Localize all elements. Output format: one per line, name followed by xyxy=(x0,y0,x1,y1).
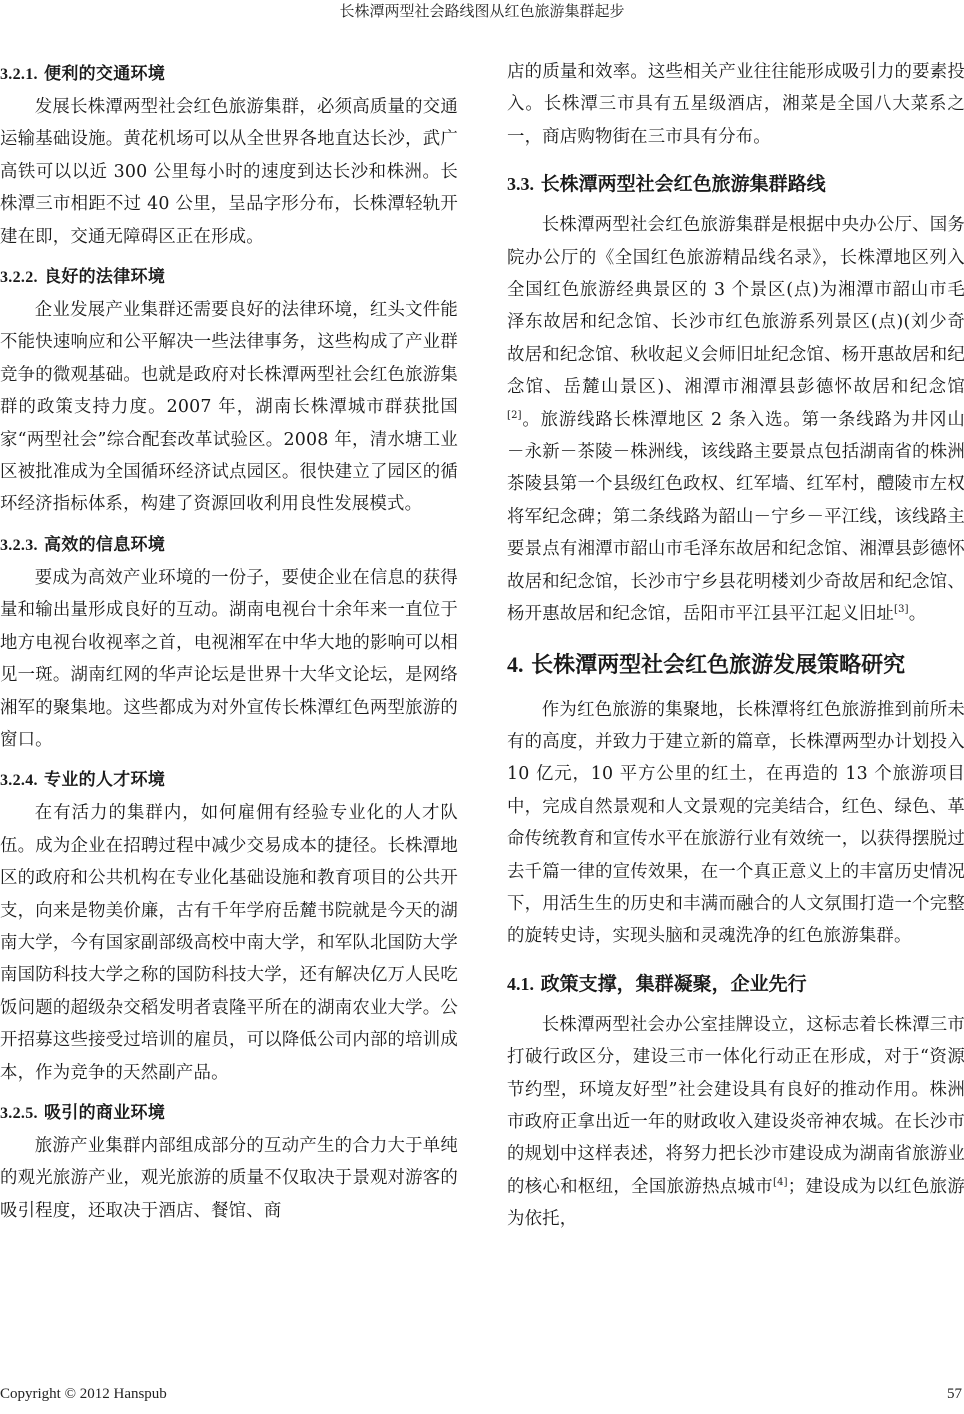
page-number: 57 xyxy=(947,1386,962,1403)
section-number: 3.2.4. xyxy=(0,772,38,789)
text-run: 长株潭两型社会办公室挂牌设立，这标志着长株潭三市打破行政区分，建设三市一体化行动… xyxy=(507,1015,964,1197)
paragraph-continued: 店的质量和效率。这些相关产业往往能形成吸引力的要素投入。长株潭三市具有五星级酒店… xyxy=(507,56,964,153)
section-number: 3.2.2. xyxy=(0,269,38,286)
paragraph: 发展长株潭两型社会红色旅游集群，必须高质量的交通运输基础设施。黄花机场可以从全世… xyxy=(0,91,458,253)
left-column: 3.2.1. 便利的交通环境 发展长株潭两型社会红色旅游集群，必须高质量的交通运… xyxy=(0,58,458,1227)
paragraph: 在有活力的集群内，如何雇佣有经验专业化的人才队伍。成为企业在招聘过程中减少交易成… xyxy=(0,797,458,1089)
section-title: 高效的信息环境 xyxy=(44,535,165,555)
paragraph: 长株潭两型社会办公室挂牌设立，这标志着长株潭三市打破行政区分，建设三市一体化行动… xyxy=(507,1009,964,1236)
section-heading-3-2-5: 3.2.5. 吸引的商业环境 xyxy=(0,1097,458,1130)
paragraph: 长株潭两型社会红色旅游集群是根据中央办公厅、国务院办公厅的《全国红色旅游精品线名… xyxy=(507,209,964,630)
section-heading-3-2-4: 3.2.4. 专业的人才环境 xyxy=(0,764,458,797)
section-number: 3.2.1. xyxy=(0,66,38,83)
section-number: 3.2.5. xyxy=(0,1105,38,1122)
section-heading-3-2-2: 3.2.2. 良好的法律环境 xyxy=(0,261,458,294)
section-heading-4-1: 4.1. 政策支撑，集群凝聚，企业先行 xyxy=(507,967,964,1001)
section-title: 吸引的商业环境 xyxy=(44,1103,165,1123)
section-heading-4: 4. 长株潭两型社会红色旅游发展策略研究 xyxy=(507,645,964,686)
paragraph: 企业发展产业集群还需要良好的法律环境，红头文件能不能快速响应和公平解决一些法律事… xyxy=(0,294,458,521)
text-run: 。 xyxy=(909,604,927,624)
citation-ref[interactable]: [3] xyxy=(894,604,909,615)
section-title: 专业的人才环境 xyxy=(44,770,165,790)
paragraph: 作为红色旅游的集聚地，长株潭将红色旅游推到前所未有的高度，并致力于建立新的篇章，… xyxy=(507,694,964,953)
section-title: 便利的交通环境 xyxy=(44,64,165,84)
section-heading-3-2-1: 3.2.1. 便利的交通环境 xyxy=(0,58,458,91)
running-header: 长株潭两型社会路线图从红色旅游集群起步 xyxy=(0,0,964,28)
section-title: 政策支撑，集群凝聚，企业先行 xyxy=(541,973,807,995)
section-heading-3-2-3: 3.2.3. 高效的信息环境 xyxy=(0,529,458,562)
section-title: 良好的法律环境 xyxy=(44,267,165,287)
section-number: 4.1. xyxy=(507,974,534,994)
section-number: 3.3. xyxy=(507,174,534,194)
citation-ref[interactable]: [4] xyxy=(773,1177,788,1188)
section-title: 长株潭两型社会红色旅游集群路线 xyxy=(541,173,826,195)
text-run: 。旅游线路长株潭地区 2 条入选。第一条线路为井冈山－永新－茶陵－株洲线，该线路… xyxy=(507,410,964,624)
right-column: 店的质量和效率。这些相关产业往往能形成吸引力的要素投入。长株潭三市具有五星级酒店… xyxy=(507,56,964,1236)
text-run: 长株潭两型社会红色旅游集群是根据中央办公厅、国务院办公厅的《全国红色旅游精品线名… xyxy=(507,215,964,397)
copyright-notice: Copyright © 2012 Hanspub xyxy=(0,1386,167,1403)
section-number: 4. xyxy=(507,652,524,677)
section-heading-3-3: 3.3. 长株潭两型社会红色旅游集群路线 xyxy=(507,167,964,201)
paragraph: 要成为高效产业环境的一份子，要使企业在信息的获得量和输出量形成良好的互动。湖南电… xyxy=(0,562,458,756)
section-number: 3.2.3. xyxy=(0,537,38,554)
paragraph: 旅游产业集群内部组成部分的互动产生的合力大于单纯的观光旅游产业，观光旅游的质量不… xyxy=(0,1130,458,1227)
page-footer: Copyright © 2012 Hanspub 57 xyxy=(0,1386,964,1410)
citation-ref[interactable]: [2] xyxy=(507,410,522,421)
section-title: 长株潭两型社会红色旅游发展策略研究 xyxy=(531,653,905,678)
